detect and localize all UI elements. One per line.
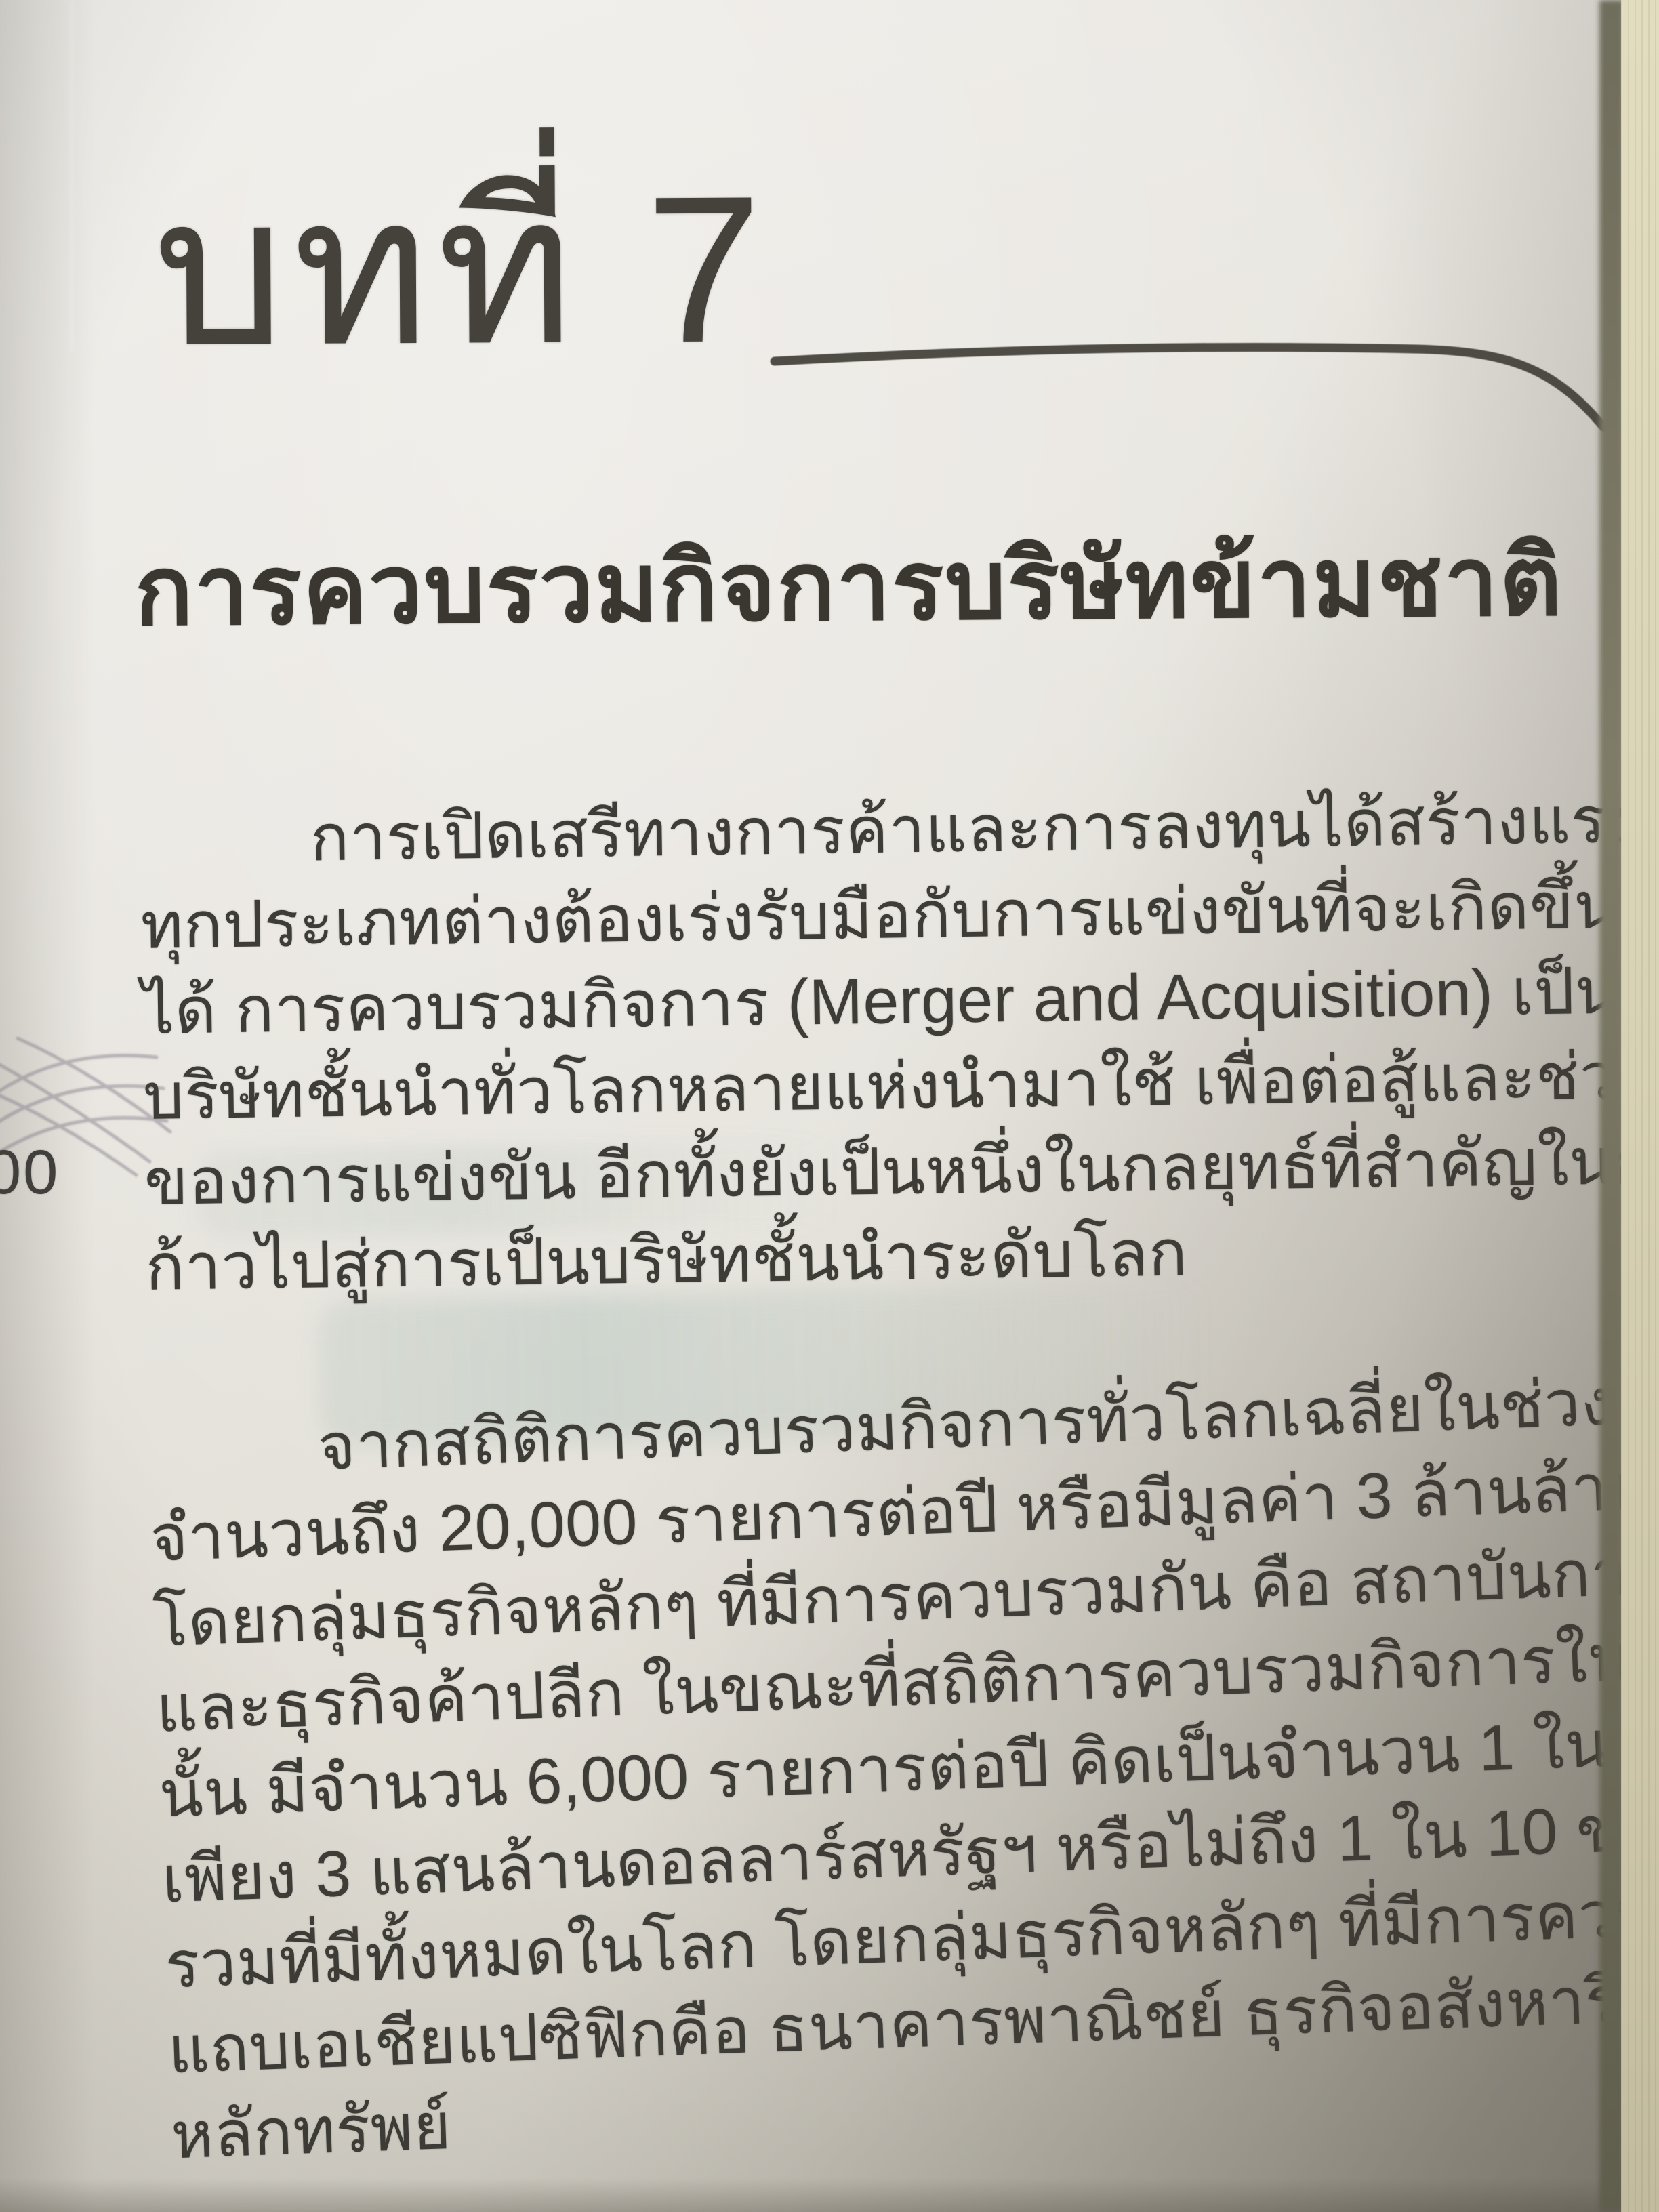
paragraph-1: การเปิดเสรีทางการค้าและการลงทุนได้สร้างแ… xyxy=(139,771,1659,1311)
book-page-photo: 00 บทที่ 7 การควบรวมกิจการบริษัทข้ามชาติ… xyxy=(0,0,1659,2212)
page-edge-shadow-line xyxy=(1599,0,1624,2212)
chapter-heading: บทที่ 7 xyxy=(152,165,769,377)
photo-bottom-edge xyxy=(0,2178,1659,2212)
page-number: 00 xyxy=(0,1137,60,1208)
gutter-highlight xyxy=(70,0,73,352)
paragraph-2: จากสถิติการควบรวมกิจการทั่วโลกเฉลี่ยในช่… xyxy=(146,1336,1659,2179)
chapter-title: การควบรวมกิจการบริษัทข้ามชาติ xyxy=(134,504,1564,667)
chapter-heading-rule xyxy=(764,310,1645,453)
page-stack-edge xyxy=(1621,0,1659,2212)
